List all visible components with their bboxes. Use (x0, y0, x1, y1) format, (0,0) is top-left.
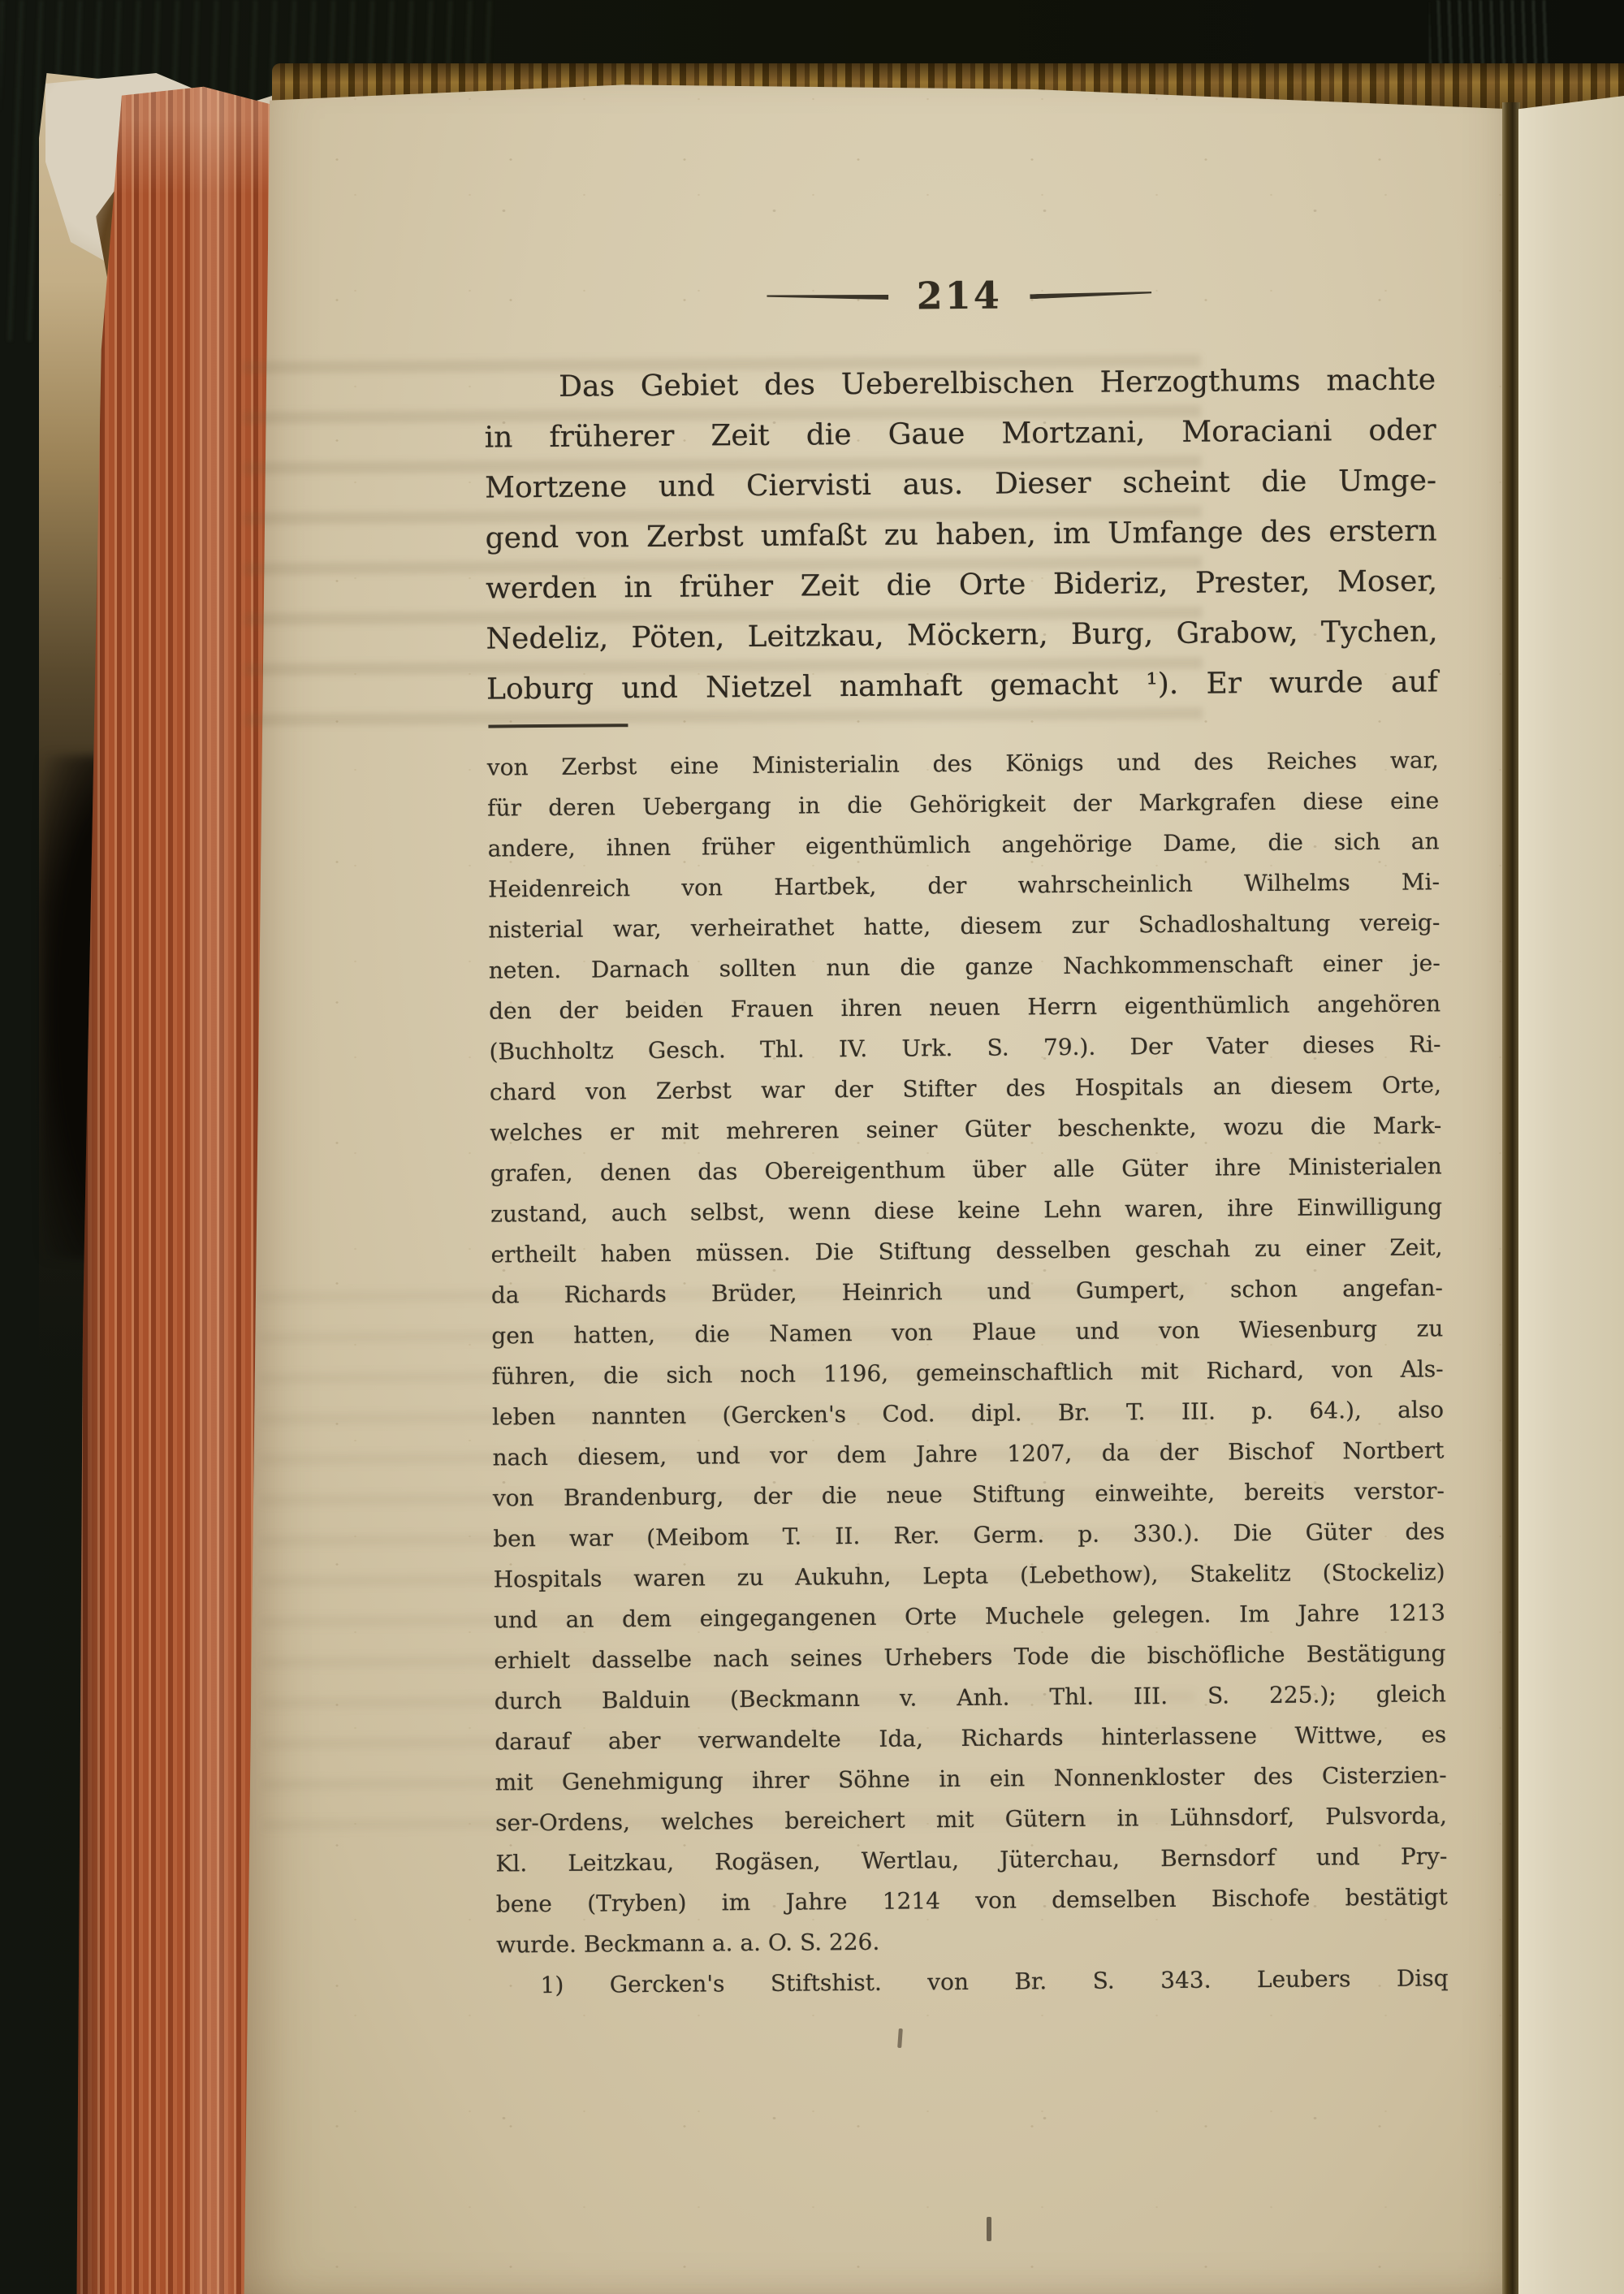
body-text-line: in früherer Zeit die Gaue Mortzani, Mora… (484, 405, 1436, 463)
footnote-text-line: für deren Uebergang in die Gehörigkeit d… (487, 780, 1439, 828)
footnote-text-line: wurde. Beckmann a. a. O. S. 226. (496, 1917, 1448, 1965)
ink-mark (987, 2217, 991, 2241)
footnote-text-line: 1) Gercken's Stiftshist. von Br. S. 343.… (496, 1958, 1448, 2006)
body-text-line: werden in früher Zeit die Orte Bideriz, … (486, 556, 1437, 614)
footnote-text-line: chard von Zerbst war der Stifter des Hos… (490, 1065, 1441, 1112)
book-photo: 214 Das Gebiet des Ueberelbischen Herzog… (0, 0, 1624, 2294)
footnote-text-line: ben war (Meibom T. II. Rer. Germ. p. 330… (493, 1511, 1445, 1559)
footnote-text-line: bene (Tryben) im Jahre 1214 von demselbe… (496, 1877, 1448, 1925)
footnote-text-line: den der beiden Frauen ihren neuen Herrn … (489, 983, 1440, 1031)
footnote-text-line: nisterial war, verheirathet hatte, diese… (488, 902, 1440, 950)
footnote-text-line: und an dem eingegangenen Orte Muchele ge… (494, 1592, 1445, 1640)
footnote-text-line: neten. Darnach sollten nun die ganze Nac… (489, 943, 1440, 991)
footnote-text-line: leben nannten (Gercken's Cod. dipl. Br. … (492, 1389, 1444, 1437)
footnote-text-line: (Buchholtz Gesch. Thl. IV. Urk. S. 79.).… (489, 1024, 1440, 1072)
footnote-text-line: Heidenreich von Hartbek, der wahrscheinl… (488, 862, 1440, 909)
footnote-text-line: durch Balduin (Beckmann v. Anh. Thl. III… (495, 1674, 1446, 1722)
footnote-text-line: mit Genehmigung ihrer Söhne in ein Nonne… (495, 1755, 1446, 1803)
right-page-edge (1518, 96, 1624, 2294)
footnote-text: von Zerbst eine Ministerialin des Königs… (487, 740, 1449, 2006)
footnote-text-line: ser-Ordens, welches bereichert mit Güter… (495, 1795, 1447, 1843)
footnote-text-line: von Brandenburg, der die neue Stiftung e… (493, 1471, 1445, 1519)
footnote-text-line: Hospitals waren zu Aukuhn, Lepta (Lebeth… (493, 1552, 1445, 1600)
footnote-text-line: erhielt dasselbe nach seines Urhebers To… (494, 1633, 1445, 1681)
page-number: 214 (917, 274, 1002, 318)
body-text-line: Das Gebiet des Ueberelbischen Herzogthum… (484, 355, 1436, 413)
main-paragraph: Das Gebiet des Ueberelbischen Herzogthum… (484, 355, 1438, 715)
header-rule-right (1030, 290, 1151, 299)
body-text-line: Mortzene und Ciervisti aus. Dieser schei… (485, 456, 1436, 513)
footnote-text-line: gen hatten, die Namen von Plaue und von … (491, 1308, 1443, 1356)
header-rule-left (767, 294, 889, 300)
footnote-text-line: zustand, auch selbst, wenn diese keine L… (490, 1186, 1442, 1234)
footnote-text-line: nach diesem, und vor dem Jahre 1207, da … (492, 1430, 1444, 1478)
page-header: 214 (483, 262, 1436, 328)
body-text-line: gend von Zerbst umfaßt zu haben, im Umfa… (485, 506, 1436, 564)
page-gutter (1502, 102, 1520, 2294)
footnote-separator (488, 724, 628, 728)
printed-content: 214 Das Gebiet des Ueberelbischen Herzog… (483, 262, 1449, 2006)
footnote-text-line: Kl. Leitzkau, Rogäsen, Wertlau, Jütercha… (495, 1836, 1447, 1884)
footnote-text-line: welches er mit mehreren seiner Güter bes… (490, 1105, 1441, 1153)
footnote-text-line: grafen, denen das Obereigenthum über all… (490, 1146, 1442, 1194)
footnote-text-line: andere, ihnen früher eigenthümlich angeh… (487, 821, 1439, 869)
body-text-line: Loburg und Nietzel namhaft gemacht ¹). E… (486, 657, 1438, 715)
footnote-text-line: führen, die sich noch 1196, gemeinschaft… (492, 1349, 1444, 1397)
footnote-text-line: da Richards Brüder, Heinrich und Gumpert… (491, 1268, 1443, 1315)
footnote-text-line: ertheilt haben müssen. Die Stiftung dess… (490, 1227, 1442, 1275)
body-text-line: Nedeliz, Pöten, Leitzkau, Möckern, Burg,… (486, 607, 1437, 664)
footnote-text-line: von Zerbst eine Ministerialin des Königs… (487, 740, 1439, 788)
footnote-text-line: darauf aber verwandelte Ida, Richards hi… (495, 1714, 1446, 1762)
